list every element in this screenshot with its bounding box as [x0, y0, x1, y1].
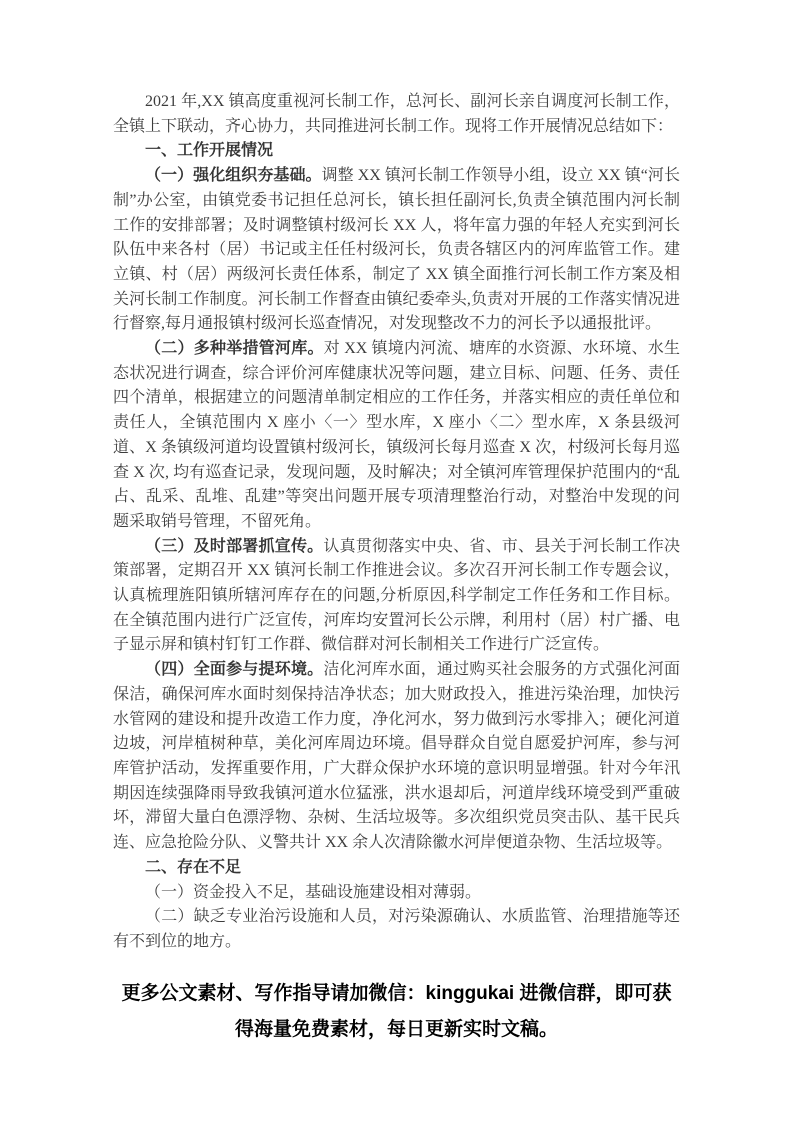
paragraph-text: 调整 XX 镇河长制工作领导小组，设立 XX 镇“河长制”办公室，由镇党委书记担…: [113, 167, 680, 332]
paragraph-text: 洁化河库水面，通过购买社会服务的方式强化河面保洁，确保河库水面时刻保持洁净状态；…: [113, 661, 680, 851]
paragraph-strengthen-organization: （一）强化组织夯基础。调整 XX 镇河长制工作领导小组，设立 XX 镇“河长制”…: [113, 164, 680, 337]
shortcoming-facilities: （二）缺乏专业治污设施和人员，对污染源确认、水质监管、治理措施等还有不到位的地方…: [113, 905, 680, 954]
paragraph-lead: （三）及时部署抓宣传。: [145, 538, 323, 555]
section1-heading: 一、工作开展情况: [113, 139, 680, 164]
paragraph-manage-rivers: （二）多种举措管河库。对 XX 镇境内河流、塘库的水资源、水环境、水生态状况进行…: [113, 337, 680, 535]
paragraph-publicity: （三）及时部署抓宣传。认真贯彻落实中央、省、市、县关于河长制工作决策部署，定期召…: [113, 535, 680, 659]
section2-heading: 二、存在不足: [113, 856, 680, 881]
paragraph-lead: （四）全面参与提环境。: [145, 661, 323, 678]
promo-footer: 更多公文素材、写作指导请加微信：kinggukai 进微信群，即可获得海量免费素…: [113, 976, 680, 1048]
intro-paragraph: 2021 年,XX 镇高度重视河长制工作，总河长、副河长亲自调度河长制工作，全镇…: [113, 90, 680, 139]
document-page: 2021 年,XX 镇高度重视河长制工作，总河长、副河长亲自调度河长制工作，全镇…: [0, 0, 793, 1122]
paragraph-text: 认真贯彻落实中央、省、市、县关于河长制工作决策部署，定期召开 XX 镇河长制工作…: [113, 538, 680, 654]
paragraph-text: 对 XX 镇境内河流、塘库的水资源、水环境、水生态状况进行调查，综合评价河库健康…: [113, 340, 680, 530]
paragraph-environment: （四）全面参与提环境。洁化河库水面，通过购买社会服务的方式强化河面保洁，确保河库…: [113, 658, 680, 856]
paragraph-lead: （一）强化组织夯基础。: [145, 167, 322, 184]
shortcoming-funding: （一）资金投入不足，基础设施建设相对薄弱。: [113, 881, 680, 906]
paragraph-lead: （二）多种举措管河库。: [145, 340, 324, 357]
